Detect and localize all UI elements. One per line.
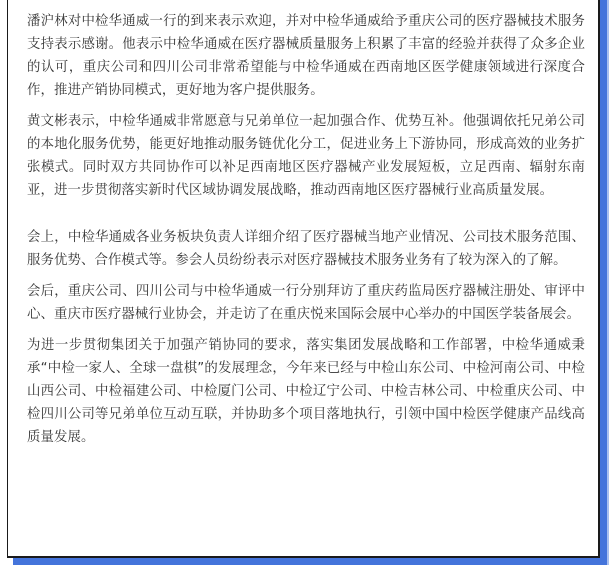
paragraph-strategy: 为进一步贯彻集团关于加强产销协同的要求，落实集团发展战略和工作部署，中检华通威秉…: [27, 334, 585, 449]
article-body: 潘沪林对中检华通威一行的到来表示欢迎，并对中检华通威给予重庆公司的医疗器械技术服…: [27, 10, 585, 457]
paragraph-visits: 会后，重庆公司、四川公司与中检华通威一行分别拜访了重庆药监局医疗器械注册处、审评…: [27, 280, 585, 326]
card-shadow-edge: [607, 0, 609, 565]
paragraph-cooperation: 黄文彬表示，中检华通威非常愿意与兄弟单位一起加强合作、优势互补。他强调依托兄弟公…: [27, 110, 585, 202]
article-card: 潘沪林对中检华通威一行的到来表示欢迎，并对中检华通威给予重庆公司的医疗器械技术服…: [7, 0, 600, 558]
paragraph-welcome: 潘沪林对中检华通威一行的到来表示欢迎，并对中检华通威给予重庆公司的医疗器械技术服…: [27, 10, 585, 102]
paragraph-meeting: 会上，中检华通威各业务板块负责人详细介绍了医疗器械当地产业情况、公司技术服务范围…: [27, 226, 585, 272]
